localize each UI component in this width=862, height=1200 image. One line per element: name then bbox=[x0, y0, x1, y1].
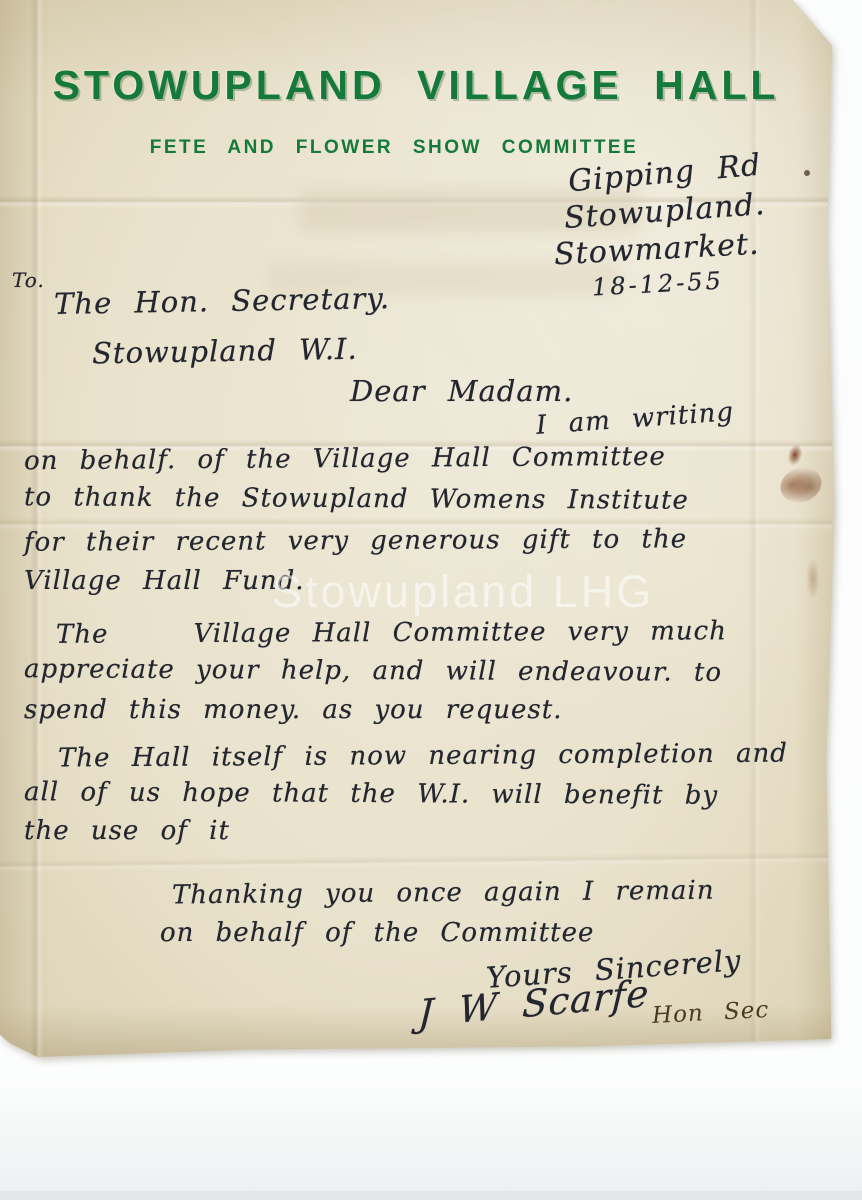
closing-line2: on behalf of the Committee bbox=[160, 918, 594, 948]
scan-edge-strip bbox=[0, 1191, 862, 1200]
letter-paper: STOWUPLAND VILLAGE HALL FETE AND FLOWER … bbox=[0, 0, 838, 1058]
letterhead-subtitle: FETE AND FLOWER SHOW COMMITTEE bbox=[44, 137, 744, 159]
body-line: appreciate your help, and will endeavour… bbox=[24, 654, 722, 688]
body-line: on behalf. of the Village Hall Committee bbox=[24, 442, 666, 476]
body-line: Village Hall Fund. bbox=[24, 566, 305, 596]
recipient-line2: Stowupland W.I. bbox=[92, 332, 358, 371]
salutation: Dear Madam. bbox=[350, 374, 573, 408]
recipient-line1: The Hon. Secretary. bbox=[54, 281, 391, 321]
signature-name: J W Scarfe bbox=[417, 972, 650, 1036]
body-line: spend this money. as you request. bbox=[24, 695, 562, 725]
recipient-to-label: To. bbox=[12, 268, 45, 292]
body-line: all of us hope that the W.I. will benefi… bbox=[24, 777, 718, 811]
body-line: to thank the Stowupland Womens Institute bbox=[24, 482, 689, 515]
closing-line1: Thanking you once again I remain bbox=[172, 876, 715, 911]
ink-stain bbox=[775, 462, 826, 508]
body-line: The Village Hall Committee very much bbox=[56, 616, 727, 650]
scanner-background: STOWUPLAND VILLAGE HALL FETE AND FLOWER … bbox=[0, 0, 862, 1200]
ink-stain bbox=[806, 558, 820, 600]
letterhead-title: STOWUPLAND VILLAGE HALL bbox=[44, 62, 788, 109]
body-line: The Hall itself is now nearing completio… bbox=[58, 738, 788, 773]
paper-speck bbox=[804, 170, 810, 176]
archive-watermark: Stowupland LHG bbox=[272, 566, 654, 618]
letter-paper-shadow: STOWUPLAND VILLAGE HALL FETE AND FLOWER … bbox=[0, 0, 838, 1058]
letter-date: 18-12-55 bbox=[591, 267, 724, 302]
fold-crease-horizontal bbox=[0, 852, 832, 873]
body-line: for their recent very generous gift to t… bbox=[24, 524, 687, 557]
body-line: the use of it bbox=[24, 816, 230, 846]
